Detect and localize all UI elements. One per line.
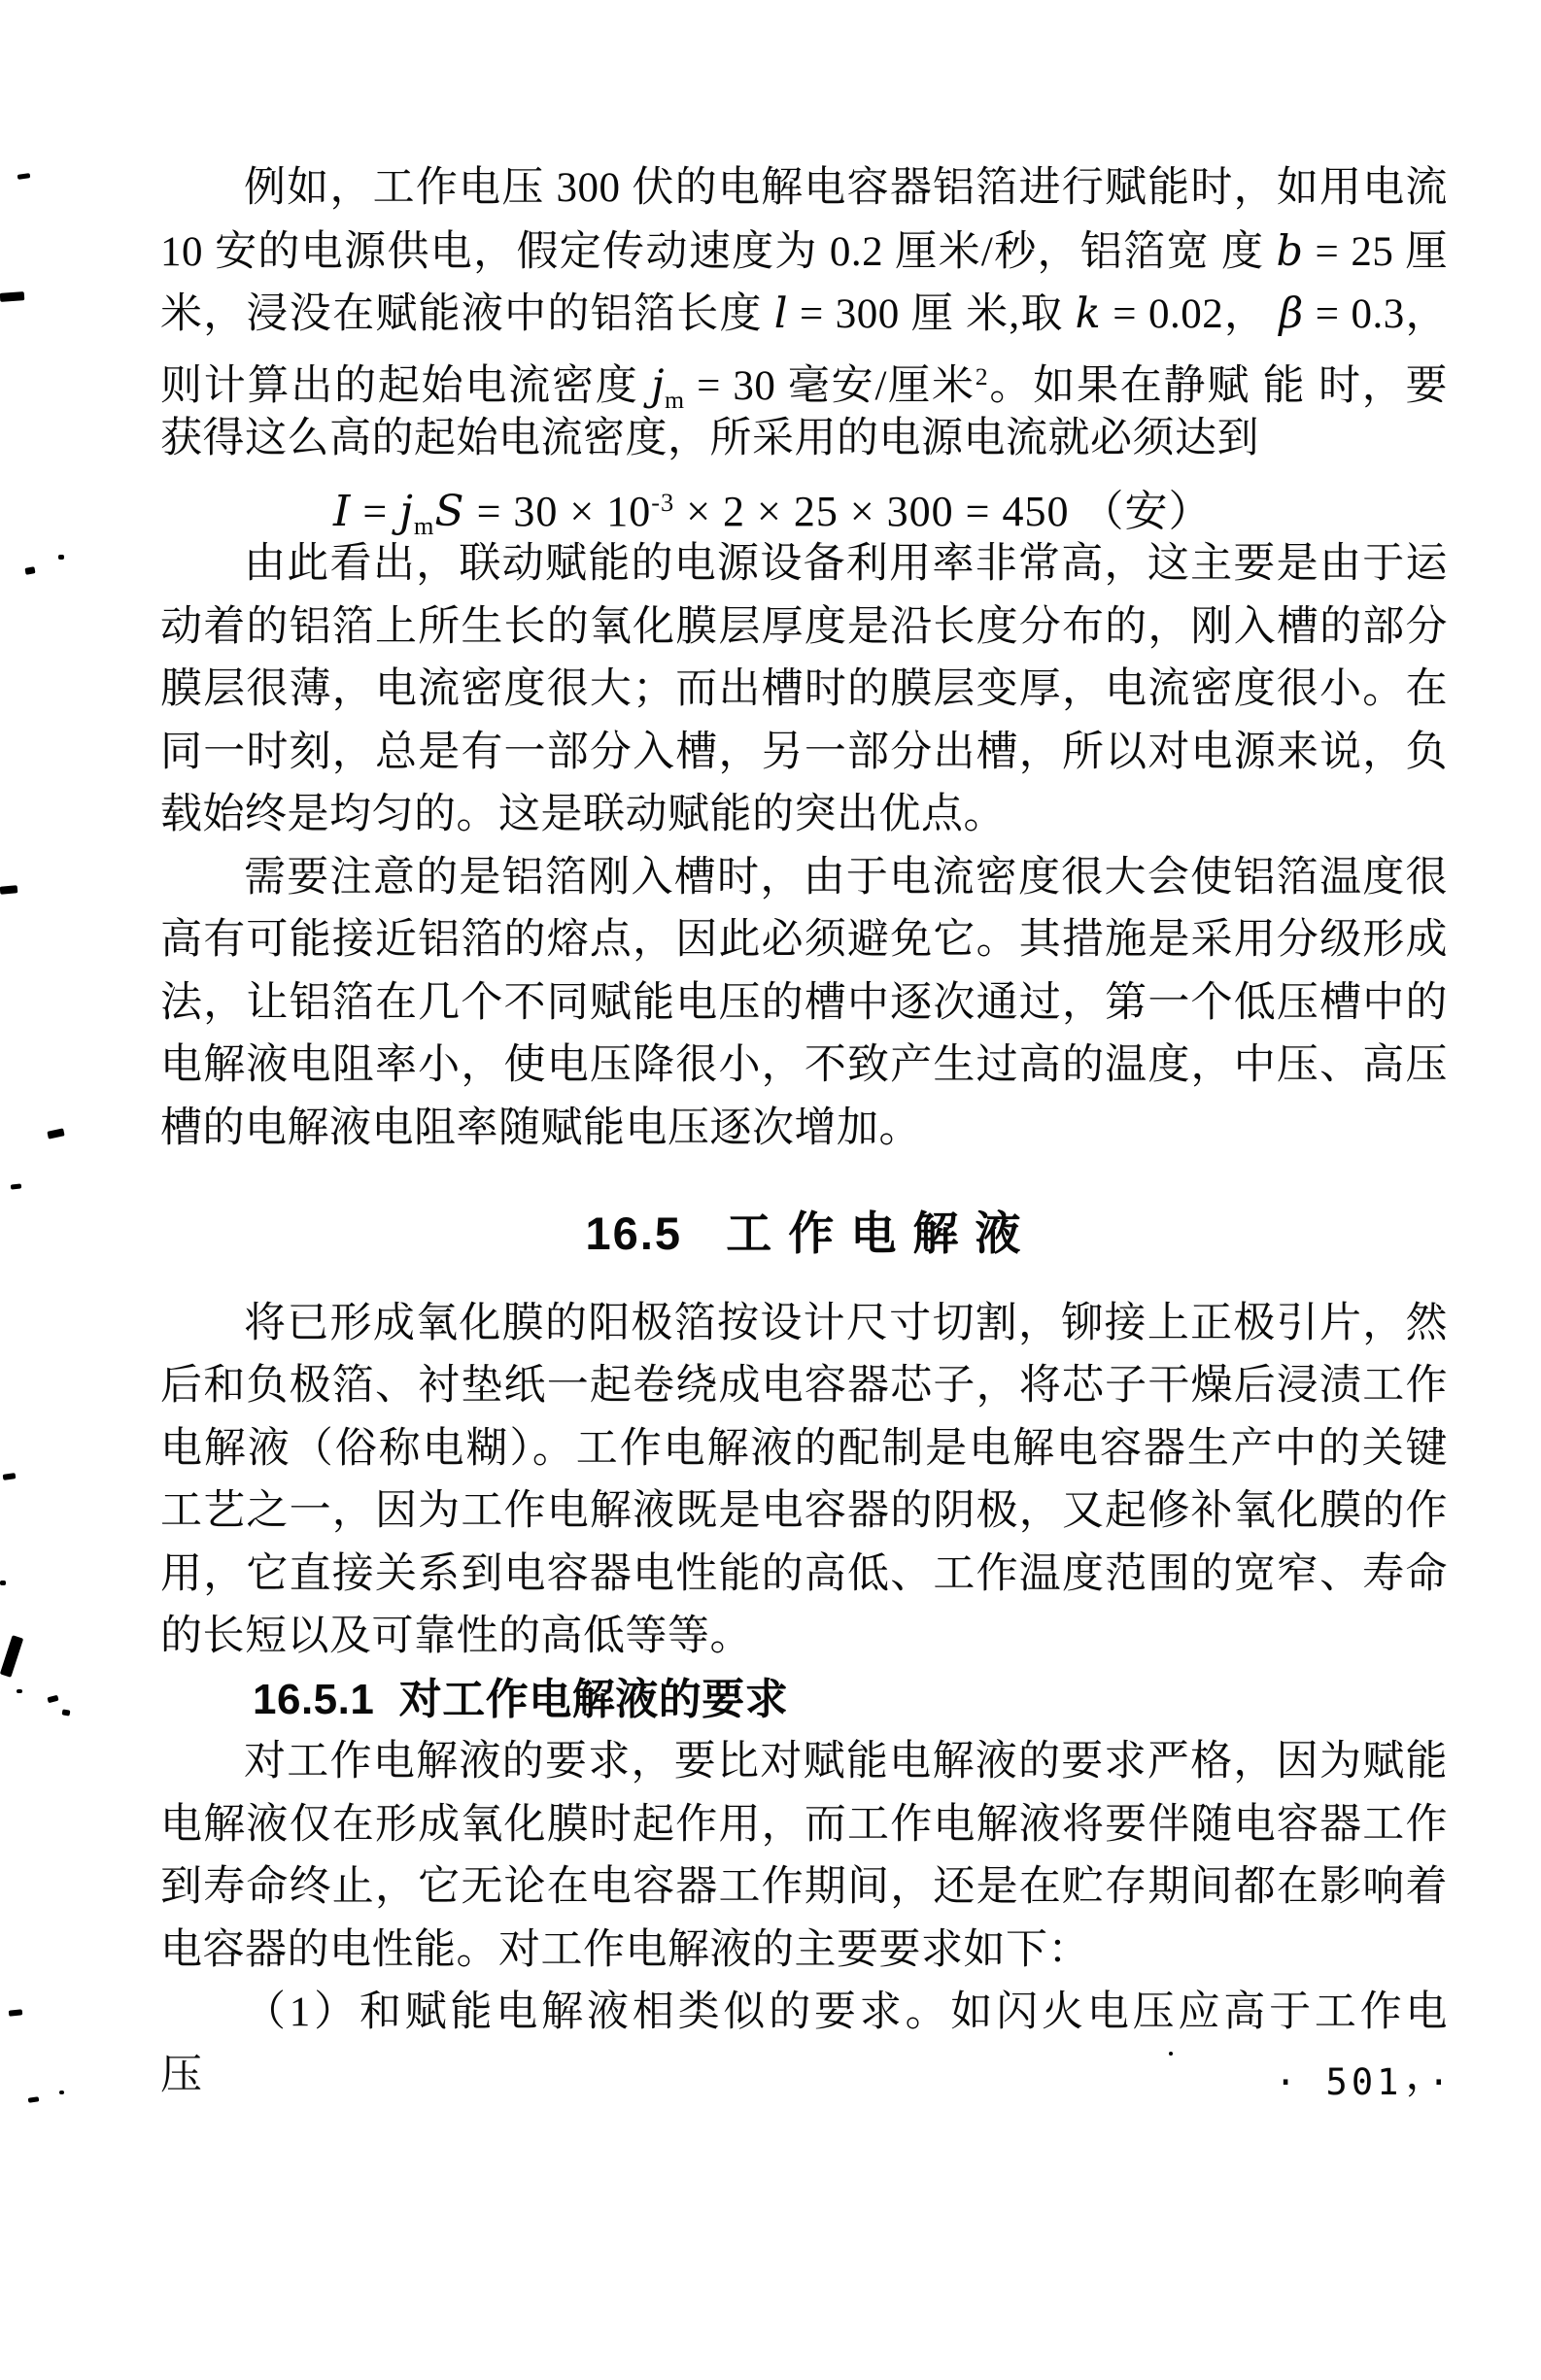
text-segment: 工艺之一，因为工作电解液既是电容器的阴极，又起修补氧化膜的作 [160, 1488, 1448, 1534]
ink-speck [3, 1473, 17, 1480]
text-line: （1）和赋能电解液相类似的要求。如闪火电压应高于工作电压， [160, 1982, 1448, 2045]
ink-speck [62, 1709, 71, 1716]
ink-speck [0, 1635, 23, 1678]
text-segment: 获得这么高的起始电流密度，所采用的电源电流就必须达到 [160, 416, 1259, 461]
text-segment: 10 安的电源供电，假定传动速度为 0.2 厘米/秒，铝箔宽 度 [160, 229, 1276, 275]
text-line: 则计算出的起始电流密度 jm = 30 毫安/厘米2。如果在静赋 能 时，要 [160, 346, 1448, 409]
text-segment: 高有可能接近铝箔的熔点，因此必须避免它。其措施是采用分级形成 [160, 917, 1448, 963]
text-line: 米，浸没在赋能液中的铝箔长度 l = 300 厘 米,取 k = 0.02， β… [160, 283, 1448, 346]
text-line: 电解液（俗称电糊）。工作电解液的配制是电解电容器生产中的关键 [160, 1418, 1448, 1481]
text-segment: = [351, 488, 399, 535]
ink-speck [58, 555, 64, 560]
text-line: 槽的电解液电阻率随赋能电压逐次增加。 [160, 1098, 1448, 1161]
ink-speck [47, 1128, 64, 1139]
subsection-heading: 16.5.1 对工作电解液的要求 [160, 1669, 1448, 1732]
text-line: 电解液仅在形成氧化膜时起作用，而工作电解液将要伴随电容器工作 [160, 1794, 1448, 1857]
text-segment: 后和负极箔、衬垫纸一起卷绕成电容器芯子，将芯子干燥后浸渍工作 [160, 1363, 1448, 1409]
text-segment: 到寿命终止，它无论在电容器工作期间，还是在贮存期间都在影响着 [160, 1864, 1448, 1910]
text-line: 高有可能接近铝箔的熔点，因此必须避免它。其措施是采用分级形成 [160, 909, 1448, 972]
text-line: 的长短以及可靠性的高低等等。 [160, 1606, 1448, 1669]
ink-speck [0, 885, 17, 895]
text-segment: 对工作电解液的要求，要比对赋能电解液的要求严格，因为赋能 [244, 1739, 1448, 1785]
text-line: 工艺之一，因为工作电解液既是电容器的阴极，又起修补氧化膜的作 [160, 1480, 1448, 1544]
text-line: 载始终是均匀的。这是联动赋能的突出优点。 [160, 784, 1448, 847]
math-segment: -3 [651, 488, 674, 517]
text-line: 后和负极箔、衬垫纸一起卷绕成电容器芯子，将芯子干燥后浸渍工作 [160, 1355, 1448, 1418]
text-segment: 膜层很薄，电流密度很大；而出槽时的膜层变厚，电流密度很小。在 [160, 666, 1448, 712]
formula-line: I = jmS = 30 × 10-3 × 2 × 25 × 300 = 450… [160, 471, 1448, 534]
text-line: 10 安的电源供电，假定传动速度为 0.2 厘米/秒，铝箔宽 度 b = 25 … [160, 221, 1448, 284]
text-line: 对工作电解液的要求，要比对赋能电解液的要求严格，因为赋能 [160, 1731, 1448, 1794]
text-segment: （1）和赋能电解液相类似的要求。如闪火电压应高于工作电压， [160, 1989, 1448, 2098]
page-number: · 501 · [1275, 2061, 1454, 2103]
ink-speck [1169, 2052, 1173, 2056]
text-column: 例如，工作电压 300 伏的电解电容器铝箔进行赋能时，如用电流10 安的电源供电… [160, 157, 1448, 2045]
math-segment: j [399, 487, 414, 536]
text-segment: 例如，工作电压 300 伏的电解电容器铝箔进行赋能时，如用电流 [244, 165, 1448, 211]
text-segment: 电解液电阻率小，使电压降很小，不致产生过高的温度，中压、高压 [160, 1042, 1448, 1088]
text-segment: 需要注意的是铝箔刚入槽时，由于电流密度很大会使铝箔温度很 [244, 855, 1448, 901]
text-line: 法，让铝箔在几个不同赋能电压的槽中逐次通过，第一个低压槽中的 [160, 972, 1448, 1036]
text-segment: 电解液（俗称电糊）。工作电解液的配制是电解电容器生产中的关键 [160, 1426, 1448, 1472]
ink-speck [11, 1183, 21, 1189]
text-segment: 槽的电解液电阻率随赋能电压逐次增加。 [160, 1105, 921, 1151]
math-segment: k [1076, 289, 1102, 338]
text-line: 动着的铝箔上所生长的氧化膜层厚度是沿长度分布的，刚入槽的部分 [160, 596, 1448, 660]
text-line: 获得这么高的起始电流密度，所采用的电源电流就必须达到 [160, 408, 1448, 471]
text-segment: 载始终是均匀的。这是联动赋能的突出优点。 [160, 792, 1006, 837]
text-segment: 动着的铝箔上所生长的氧化膜层厚度是沿长度分布的，刚入槽的部分 [160, 604, 1448, 650]
ink-speck [47, 1695, 58, 1704]
text-line: 同一时刻，总是有一部分入槽，另一部分出槽，所以对电源来说，负 [160, 722, 1448, 785]
ink-speck [28, 2096, 40, 2102]
text-segment: 由此看出，联动赋能的电源设备利用率非常高，这主要是由于运 [244, 541, 1448, 587]
text-segment: = 0.02， [1101, 291, 1279, 337]
text-line: 膜层很薄，电流密度很大；而出槽时的膜层变厚，电流密度很小。在 [160, 659, 1448, 722]
ink-speck [59, 2091, 64, 2094]
math-segment: 2 [976, 362, 988, 391]
text-segment: 电容器的电性能。对工作电解液的主要要求如下： [160, 1927, 1090, 1973]
ink-speck [0, 291, 24, 302]
text-line: 例如，工作电压 300 伏的电解电容器铝箔进行赋能时，如用电流 [160, 157, 1448, 221]
text-line: 由此看出，联动赋能的电源设备利用率非常高，这主要是由于运 [160, 533, 1448, 596]
text-line: 电解液电阻率小，使电压降很小，不致产生过高的温度，中压、高压 [160, 1035, 1448, 1098]
text-segment: = 30 毫安/厘米 [685, 363, 976, 409]
text-segment: 米，浸没在赋能液中的铝箔长度 [160, 291, 774, 337]
math-segment: S [434, 487, 464, 536]
text-segment: × 2 × 25 × 300 = 450 （安） [674, 488, 1212, 535]
text-line: 用，它直接关系到电容器电性能的高低、工作温度范围的宽窄、寿命 [160, 1544, 1448, 1607]
math-segment: l [774, 289, 788, 338]
math-segment: j [651, 361, 665, 410]
text-segment: 将已形成氧化膜的阳极箔按设计尺寸切割，铆接上正极引片，然 [244, 1301, 1448, 1346]
text-segment: = 30 × 10 [465, 488, 652, 535]
text-segment: 用，它直接关系到电容器电性能的高低、工作温度范围的宽窄、寿命 [160, 1551, 1448, 1597]
text-segment: 法，让铝箔在几个不同赋能电压的槽中逐次通过，第一个低压槽中的 [160, 980, 1448, 1026]
text-segment: = 25 厘 [1303, 229, 1448, 275]
text-line: 将已形成氧化膜的阳极箔按设计尺寸切割，铆接上正极引片，然 [160, 1293, 1448, 1356]
text-line: 需要注意的是铝箔刚入槽时，由于电流密度很大会使铝箔温度很 [160, 847, 1448, 910]
text-segment: 电解液仅在形成氧化膜时起作用，而工作电解液将要伴随电容器工作 [160, 1802, 1448, 1848]
text-segment: 同一时刻，总是有一部分入槽，另一部分出槽，所以对电源来说，负 [160, 730, 1448, 775]
text-segment: 16.5 工 作 电 解 液 [586, 1207, 1023, 1259]
ink-speck [24, 566, 35, 575]
text-segment: 则计算出的起始电流密度 [160, 363, 651, 409]
text-segment: 的长短以及可靠性的高低等等。 [160, 1614, 752, 1659]
ink-speck [0, 1581, 6, 1585]
text-line: 到寿命终止，它无论在电容器工作期间，还是在贮存期间都在影响着 [160, 1856, 1448, 1920]
text-segment: 。如果在静赋 能 时，要 [988, 363, 1448, 409]
text-segment: = 300 厘 米,取 [788, 291, 1076, 337]
math-segment: b [1276, 227, 1303, 276]
text-segment: = 0.3， [1304, 291, 1448, 337]
text-line: 电容器的电性能。对工作电解液的主要要求如下： [160, 1920, 1448, 1983]
ink-speck [17, 1689, 22, 1693]
math-segment: β [1279, 289, 1303, 338]
ink-speck [9, 2009, 23, 2016]
ink-speck [17, 173, 31, 180]
book-page: 例如，工作电压 300 伏的电解电容器铝箔进行赋能时，如用电流10 安的电源供电… [0, 0, 1541, 2380]
math-segment: I [333, 487, 351, 536]
section-heading: 16.5 工 作 电 解 液 [160, 1203, 1448, 1266]
text-segment: 16.5.1 对工作电解液的要求 [253, 1676, 788, 1723]
